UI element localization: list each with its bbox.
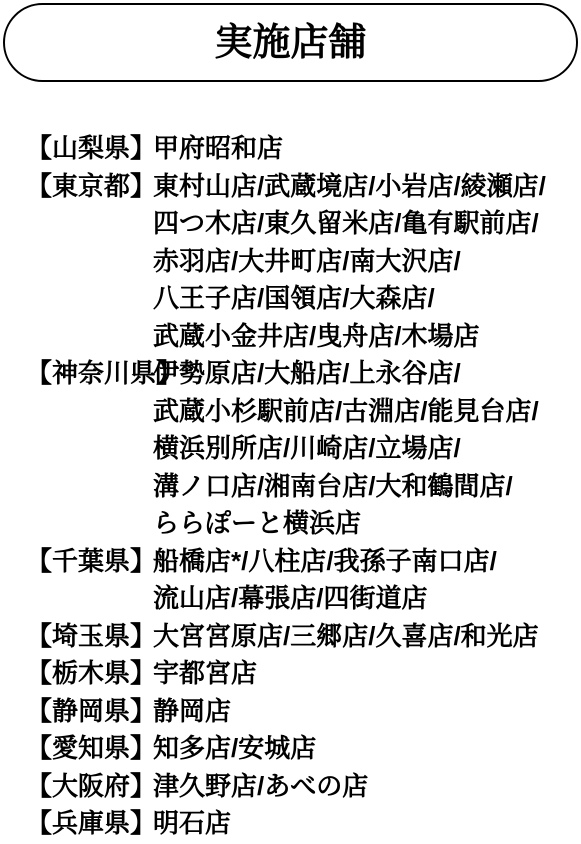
- store-lines: 津久野店/あべの店: [153, 768, 581, 806]
- store-line: 八王子店/国領店/大森店/: [153, 280, 581, 318]
- prefecture-group-hyogo: 【兵庫県】 明石店: [26, 805, 581, 843]
- store-line: 四つ木店/東久留米店/亀有駅前店/: [153, 205, 581, 243]
- title-pill: 実施店舗: [3, 3, 578, 82]
- store-line: 武蔵小金井店/曳舟店/木場店: [153, 318, 581, 356]
- store-line: 宇都宮店: [153, 655, 581, 693]
- prefecture-label: 【静岡県】: [26, 693, 153, 731]
- prefecture-label: 【愛知県】: [26, 730, 153, 768]
- prefecture-group-osaka: 【大阪府】 津久野店/あべの店: [26, 768, 581, 806]
- prefecture-label: 【山梨県】: [26, 130, 153, 168]
- store-line: 大宮宮原店/三郷店/久喜店/和光店: [153, 618, 581, 656]
- store-list: 【山梨県】 甲府昭和店 【東京都】 東村山店/武蔵境店/小岩店/綾瀬店/ 四つ木…: [26, 130, 581, 843]
- store-lines: 船橋店*/八柱店/我孫子南口店/ 流山店/幕張店/四街道店: [153, 543, 581, 618]
- prefecture-label: 【東京都】: [26, 168, 153, 206]
- prefecture-group-tokyo: 【東京都】 東村山店/武蔵境店/小岩店/綾瀬店/ 四つ木店/東久留米店/亀有駅前…: [26, 168, 581, 356]
- store-line: 知多店/安城店: [153, 730, 581, 768]
- prefecture-group-tochigi: 【栃木県】 宇都宮店: [26, 655, 581, 693]
- store-line: 静岡店: [153, 693, 581, 731]
- page-title: 実施店舗: [214, 24, 366, 62]
- store-line: 流山店/幕張店/四街道店: [153, 580, 581, 618]
- store-line: 津久野店/あべの店: [153, 768, 581, 806]
- store-line: 明石店: [153, 805, 581, 843]
- prefecture-group-saitama: 【埼玉県】 大宮宮原店/三郷店/久喜店/和光店: [26, 618, 581, 656]
- prefecture-group-kanagawa: 【神奈川県】 伊勢原店/大船店/上永谷店/ 武蔵小杉駅前店/古淵店/能見台店/ …: [26, 355, 581, 543]
- store-lines: 伊勢原店/大船店/上永谷店/ 武蔵小杉駅前店/古淵店/能見台店/ 横浜別所店/川…: [153, 355, 581, 543]
- prefecture-label: 【千葉県】: [26, 543, 153, 581]
- prefecture-label: 【兵庫県】: [26, 805, 153, 843]
- store-line: 武蔵小杉駅前店/古淵店/能見台店/: [153, 393, 581, 431]
- store-lines: 知多店/安城店: [153, 730, 581, 768]
- store-line: 東村山店/武蔵境店/小岩店/綾瀬店/: [153, 168, 581, 206]
- prefecture-label: 【大阪府】: [26, 768, 153, 806]
- prefecture-label: 【栃木県】: [26, 655, 153, 693]
- prefecture-label: 【埼玉県】: [26, 618, 153, 656]
- store-lines: 甲府昭和店: [153, 130, 581, 168]
- store-line: 伊勢原店/大船店/上永谷店/: [153, 355, 581, 393]
- store-line: 甲府昭和店: [153, 130, 581, 168]
- store-lines: 静岡店: [153, 693, 581, 731]
- prefecture-group-aichi: 【愛知県】 知多店/安城店: [26, 730, 581, 768]
- store-lines: 宇都宮店: [153, 655, 581, 693]
- store-line: 溝ノ口店/湘南台店/大和鶴間店/: [153, 468, 581, 506]
- prefecture-group-shizuoka: 【静岡県】 静岡店: [26, 693, 581, 731]
- store-line: 船橋店*/八柱店/我孫子南口店/: [153, 543, 581, 581]
- prefecture-group-chiba: 【千葉県】 船橋店*/八柱店/我孫子南口店/ 流山店/幕張店/四街道店: [26, 543, 581, 618]
- prefecture-label: 【神奈川県】: [26, 355, 153, 393]
- store-line: 横浜別所店/川崎店/立場店/: [153, 430, 581, 468]
- store-line: 赤羽店/大井町店/南大沢店/: [153, 243, 581, 281]
- store-lines: 東村山店/武蔵境店/小岩店/綾瀬店/ 四つ木店/東久留米店/亀有駅前店/ 赤羽店…: [153, 168, 581, 356]
- store-lines: 大宮宮原店/三郷店/久喜店/和光店: [153, 618, 581, 656]
- prefecture-group-yamanashi: 【山梨県】 甲府昭和店: [26, 130, 581, 168]
- store-lines: 明石店: [153, 805, 581, 843]
- store-line: ららぽーと横浜店: [153, 505, 581, 543]
